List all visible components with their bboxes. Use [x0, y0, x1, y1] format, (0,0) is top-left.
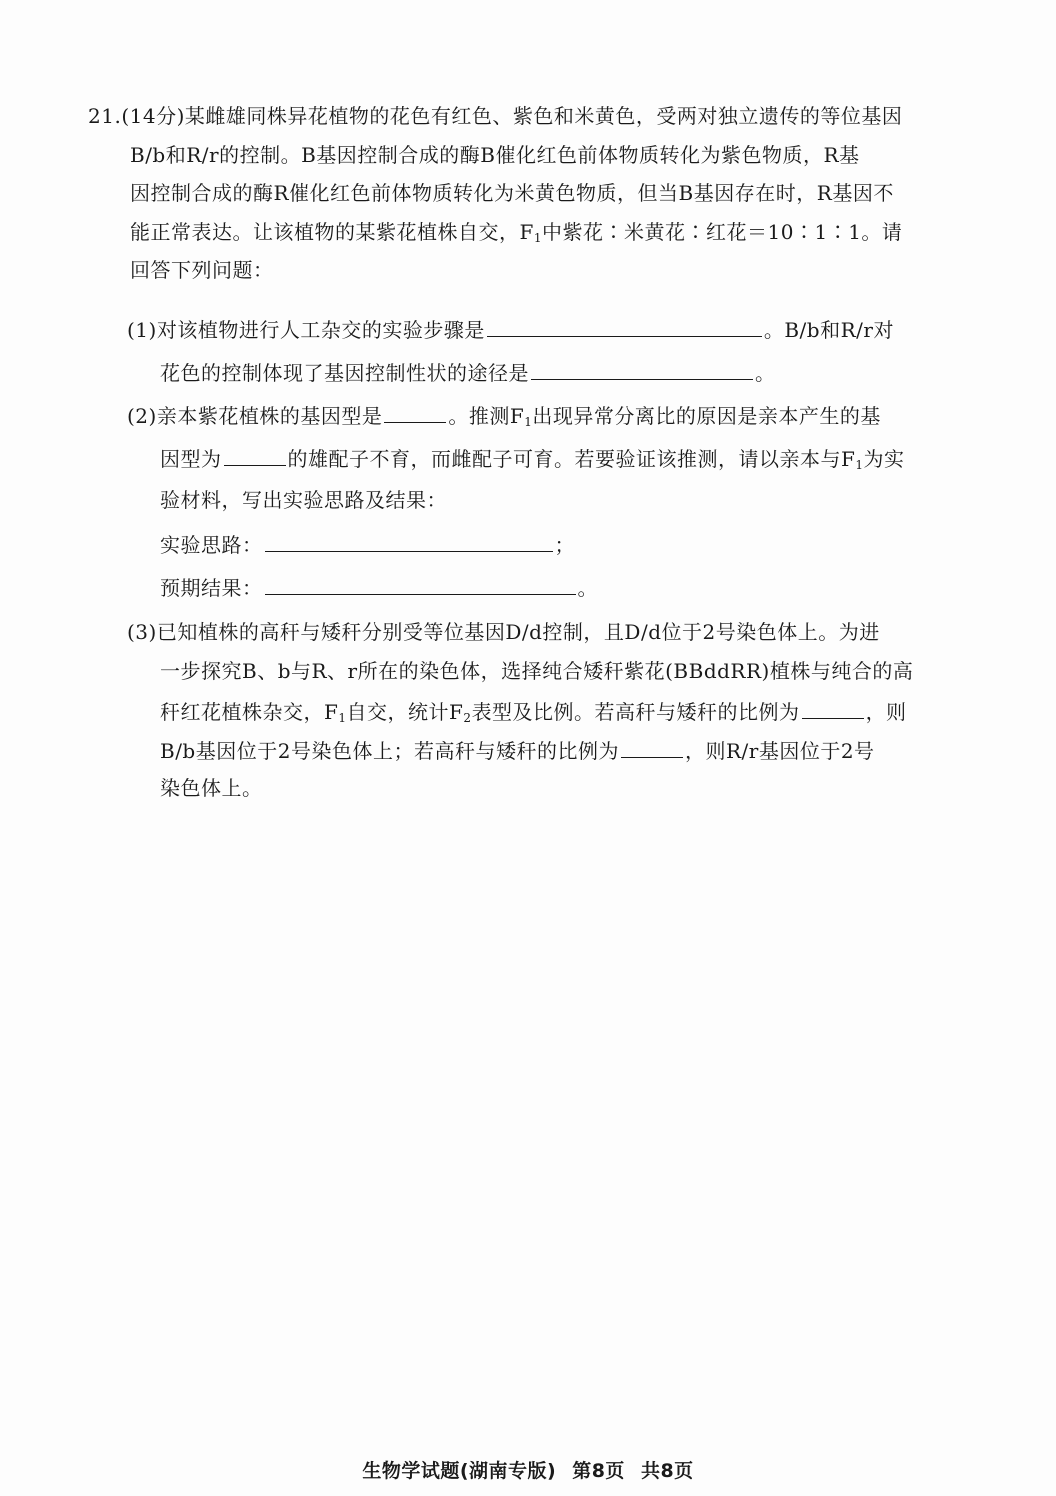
- answer-blank-2[interactable]: [531, 359, 753, 380]
- footer-page-number: 第8页: [572, 1460, 625, 1482]
- sub-question-3-line-5: 染色体上。: [160, 776, 263, 800]
- sub-question-2-line-2: 因型为的雄配子不育，而雌配子可育。若要验证该推测，请以亲本与F1为实: [160, 445, 905, 471]
- answer-blank-6[interactable]: [621, 737, 683, 758]
- sub-question-3-line-2: 一步探究B、b与R、r所在的染色体，选择纯合矮秆紫花(BBddRR)植株与纯合的…: [160, 659, 913, 683]
- question-header-line: 21.(14分)某雌雄同株异花植物的花色有红色、紫色和米黄色，受两对独立遗传的等…: [88, 104, 902, 128]
- sub-question-3-line-4: B/b基因位于2号染色体上；若高秆与矮秆的比例为，则R/r基因位于2号: [160, 737, 875, 763]
- stem-line-5: 回答下列问题：: [130, 258, 274, 282]
- question-score: (14分): [121, 104, 185, 128]
- sub-question-1-line-1: (1)对该植物进行人工杂交的实验步骤是。B/b和R/r对: [127, 316, 894, 342]
- answer-blank-experiment-idea[interactable]: [265, 531, 553, 552]
- expected-result-line: 预期结果：。: [160, 574, 598, 600]
- sub-question-3-line-1: (3)已知植株的高秆与矮秆分别受等位基因D/d控制，且D/d位于2号染色体上。为…: [127, 620, 880, 644]
- page-footer: 生物学试题(湖南专版)第8页共8页: [0, 1456, 1056, 1483]
- experiment-idea-line: 实验思路：；: [160, 531, 575, 557]
- answer-blank-4[interactable]: [224, 445, 286, 466]
- answer-blank-1[interactable]: [487, 316, 762, 337]
- sub-question-2-line-3: 验材料，写出实验思路及结果：: [160, 488, 447, 512]
- sub-question-3-line-3: 秆红花植株杂交，F1自交，统计F2表型及比例。若高秆与矮秆的比例为，则: [160, 698, 907, 724]
- stem-line-2: B/b和R/r的控制。B基因控制合成的酶B催化红色前体物质转化为紫色物质，R基: [130, 143, 860, 167]
- sub-question-1-line-2: 花色的控制体现了基因控制性状的途径是。: [160, 359, 776, 385]
- question-number: 21.: [88, 104, 121, 128]
- stem-line-4: 能正常表达。让该植物的某紫花植株自交，F1中紫花∶米黄花∶红花＝10∶1∶1。请: [130, 220, 902, 244]
- footer-title: 生物学试题(湖南专版): [362, 1460, 556, 1482]
- sub-question-2-line-1: (2)亲本紫花植株的基因型是。推测F1出现异常分离比的原因是亲本产生的基: [127, 402, 881, 428]
- footer-total-pages: 共8页: [641, 1460, 694, 1482]
- answer-blank-5[interactable]: [802, 698, 864, 719]
- answer-blank-3[interactable]: [384, 402, 446, 423]
- stem-line-3: 因控制合成的酶R催化红色前体物质转化为米黄色物质，但当B基因存在时，R基因不: [130, 181, 894, 205]
- answer-blank-expected-result[interactable]: [265, 574, 576, 595]
- stem-line-1: 某雌雄同株异花植物的花色有红色、紫色和米黄色，受两对独立遗传的等位基因: [185, 104, 903, 128]
